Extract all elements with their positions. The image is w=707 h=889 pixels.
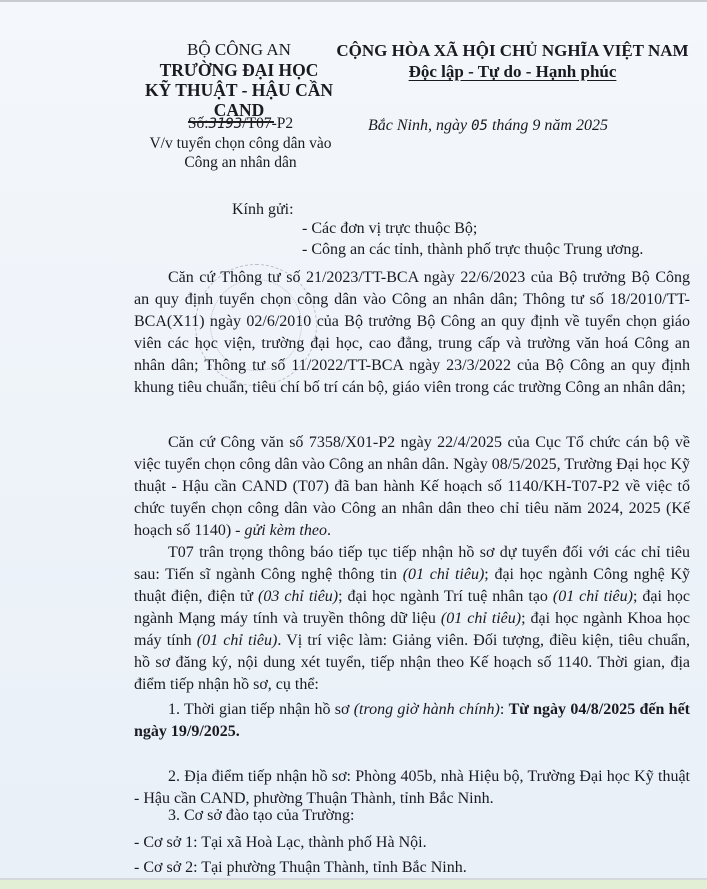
paragraph-legal-basis-2: Căn cứ Công văn số 7358/X01-P2 ngày 22/4… bbox=[134, 432, 690, 542]
national-header: CỘNG HÒA XÃ HỘI CHỦ NGHĨA VIỆT NAM Độc l… bbox=[330, 40, 695, 82]
subject-line2: Công an nhân dân bbox=[118, 153, 363, 172]
subject-line1: V/v tuyển chọn công dân vào bbox=[118, 134, 363, 153]
recipients-label: Kính gửi: bbox=[232, 199, 294, 220]
date-line: Bắc Ninh, ngày 05 tháng 9 năm 2025 bbox=[368, 117, 608, 135]
document-page: BỘ CÔNG AN TRƯỜNG ĐẠI HỌC KỸ THUẬT - HẬU… bbox=[0, 2, 707, 878]
document-reference: Số:3193/T07-P2 V/v tuyển chọn công dân v… bbox=[118, 114, 363, 172]
item-campuses: 3. Cơ sở đào tạo của Trường: bbox=[134, 805, 355, 827]
paragraph-legal-basis-1: Căn cứ Thông tư số 21/2023/TT-BCA ngày 2… bbox=[134, 267, 690, 399]
background-strip bbox=[0, 880, 707, 889]
reference-number: Số:3193/T07-P2 bbox=[118, 114, 363, 134]
campus-2: - Cơ sở 2: Tại phường Thuận Thành, tỉnh … bbox=[134, 857, 467, 879]
handwritten-day: 05 bbox=[471, 118, 488, 134]
recipient-item: - Các đơn vị trực thuộc Bộ; bbox=[302, 218, 643, 239]
recipient-item: - Công an các tỉnh, thành phố trực thuộc… bbox=[302, 239, 643, 260]
item-time: 1. Thời gian tiếp nhận hồ sơ (trong giờ … bbox=[134, 699, 690, 743]
paragraph-announcement: T07 trân trọng thông báo tiếp tục tiếp n… bbox=[134, 542, 690, 696]
recipients-list: - Các đơn vị trực thuộc Bộ; - Công an cá… bbox=[302, 218, 643, 260]
national-motto: Độc lập - Tự do - Hạnh phúc bbox=[330, 61, 695, 82]
item-location: 2. Địa điểm tiếp nhận hồ sơ: Phòng 405b,… bbox=[134, 766, 690, 810]
handwritten-number: 3193 bbox=[209, 116, 243, 132]
campus-1: - Cơ sở 1: Tại xã Hoà Lạc, thành phố Hà … bbox=[134, 832, 427, 854]
school-name-line1: TRƯỜNG ĐẠI HỌC bbox=[118, 60, 360, 80]
nation-title: CỘNG HÒA XÃ HỘI CHỦ NGHĨA VIỆT NAM bbox=[330, 40, 695, 61]
ministry-name: BỘ CÔNG AN bbox=[118, 40, 360, 60]
issuing-authority-header: BỘ CÔNG AN TRƯỜNG ĐẠI HỌC KỸ THUẬT - HẬU… bbox=[118, 40, 360, 123]
